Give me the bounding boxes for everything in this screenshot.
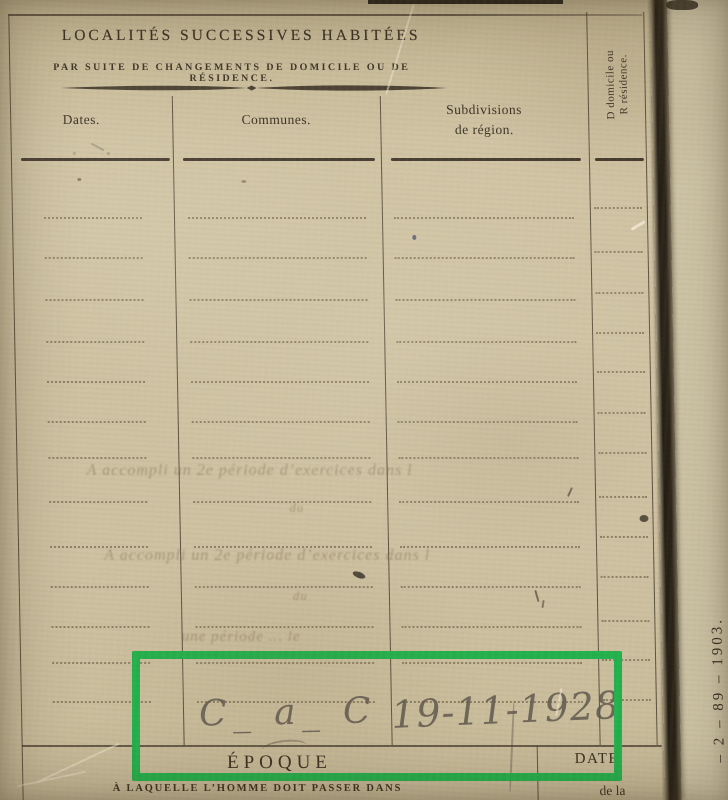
dotted-row (51, 586, 149, 588)
dotted-row (595, 251, 643, 253)
dotted-row (45, 299, 143, 301)
dotted-row (189, 257, 367, 259)
column-header-domicile-residence: D domicile ou R résidence. (590, 14, 645, 156)
dotted-row (45, 257, 143, 259)
form-number-vertical: – 2 – 89 – 1903. (694, 572, 728, 800)
dotted-row (595, 292, 643, 294)
dotted-row (49, 501, 147, 503)
ghost-fragment-1: du (289, 500, 304, 516)
dotted-row (193, 501, 371, 503)
ink-speck (567, 487, 573, 497)
dotted-row (396, 341, 576, 343)
ink-speck (352, 570, 366, 580)
ink-speck (241, 180, 246, 183)
dotted-row (394, 217, 574, 219)
dotted-row (48, 457, 146, 459)
pencil-mark (107, 152, 110, 155)
dotted-row (601, 620, 649, 622)
dotted-row (398, 457, 578, 459)
header-underline-narrow (595, 158, 644, 161)
dotted-row (195, 626, 373, 628)
top-remnant-line (368, 0, 563, 4)
header-underline-subdivisions (391, 158, 581, 161)
dotted-row (188, 217, 366, 219)
column-header-communes: Communes. (172, 112, 380, 128)
header-underline-dates (21, 158, 170, 161)
ghost-line-3: une période … le (182, 629, 301, 646)
ink-speck (639, 515, 648, 522)
dotted-row (191, 381, 369, 383)
header-underline-communes (183, 158, 375, 161)
dotted-row (192, 421, 370, 423)
column-header-dates: Dates. (2, 112, 160, 128)
dotted-row (596, 332, 644, 334)
scanned-document-page: LOCALITÉS SUCCESSIVES HABITÉES PAR SUITE… (0, 0, 728, 800)
dotted-row (599, 496, 647, 498)
dotted-row (399, 501, 579, 503)
dotted-row (44, 217, 142, 219)
dotted-row (600, 536, 648, 538)
table-top-rule (8, 14, 642, 16)
page-subtitle: PAR SUITE DE CHANGEMENTS DE DOMICILE OU … (9, 62, 454, 84)
dotted-row (189, 299, 367, 301)
ghost-line-1: A accompli un 2e période d’exercices dan… (86, 462, 412, 480)
column-header-subdivisions: Subdivisions de région. (380, 100, 589, 139)
dotted-row (397, 381, 577, 383)
highlight-box (132, 651, 622, 781)
table-left-border (8, 14, 23, 800)
dotted-row (401, 626, 581, 628)
dotted-row (401, 586, 581, 588)
dotted-row (48, 421, 146, 423)
dotted-row (597, 371, 645, 373)
dotted-row (598, 452, 646, 454)
ghost-fragment-2: du (293, 588, 308, 604)
ink-speck (534, 590, 539, 602)
dotted-row (601, 576, 649, 578)
dotted-row (598, 412, 646, 414)
ink-speck (541, 600, 544, 608)
ink-speck (77, 178, 81, 181)
crease-mark (631, 220, 646, 231)
dotted-row (46, 341, 144, 343)
ink-smudge (666, 0, 698, 10)
pencil-mark (91, 143, 104, 151)
dotted-row (395, 257, 575, 259)
epoque-sublabel: À LAQUELLE L’HOMME DOIT PASSER DANS (22, 783, 492, 794)
dotted-row (192, 457, 370, 459)
dotted-row (395, 299, 575, 301)
dotted-row (594, 207, 642, 209)
dotted-row (398, 421, 578, 423)
dotted-row (51, 626, 149, 628)
ink-speck (412, 235, 416, 240)
pencil-mark (73, 152, 76, 155)
ghost-line-2: A accompli un 2e période d’exercices dan… (104, 547, 430, 565)
dotted-row (47, 381, 145, 383)
dotted-row (195, 586, 373, 588)
dotted-row (190, 341, 368, 343)
divider-dates-communes (172, 96, 185, 745)
swelled-rule-ornament (59, 83, 450, 93)
divider-communes-subdivisions (380, 96, 393, 745)
